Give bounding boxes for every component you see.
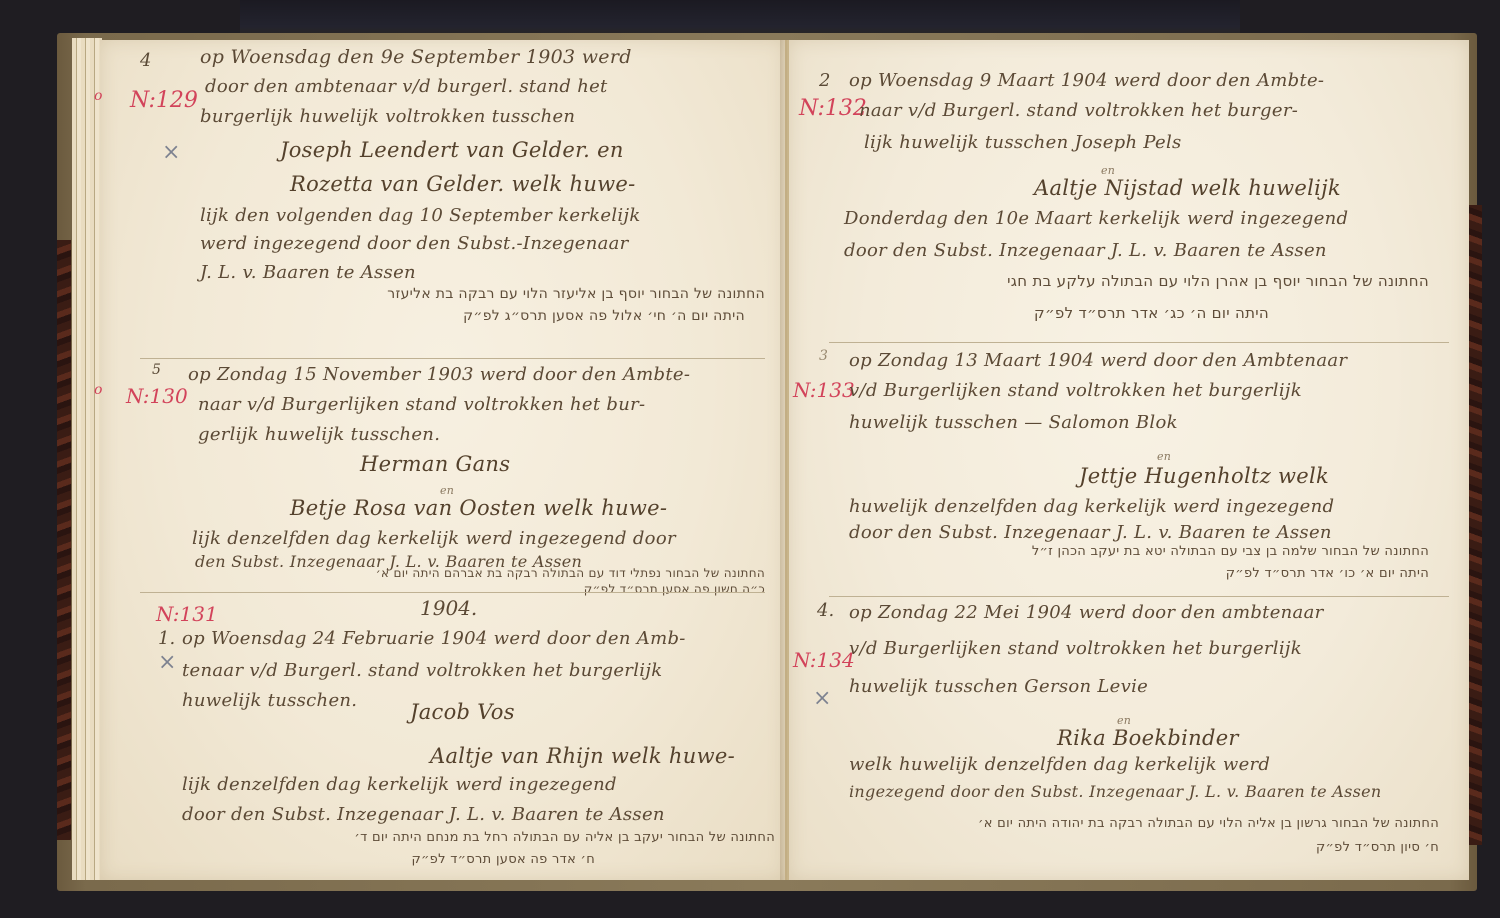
register-number: N:130 <box>126 384 188 408</box>
register-entry: 2 N:132 op Woensdag 9 Maart 1904 werd do… <box>789 40 1469 340</box>
groom-name: Jacob Vos <box>410 700 515 724</box>
bride-name: Betje Rosa van Oosten welk huwe- <box>290 496 667 520</box>
entry-divider <box>829 596 1449 597</box>
officiant-line: door den Subst. Inzegenaar J. L. v. Baar… <box>182 804 665 825</box>
register-entry: o 5 N:130 op Zondag 15 November 1903 wer… <box>100 360 785 590</box>
register-number: N:132 <box>799 96 867 121</box>
year-heading: 1904. <box>420 596 477 620</box>
register-entry: 4. N:134 × op Zondag 22 Mei 1904 werd do… <box>789 600 1469 880</box>
cross-mark: × <box>158 650 176 675</box>
entry-sequence: 1. <box>158 628 175 649</box>
entry-line: op Zondag 22 Mei 1904 werd door den ambt… <box>849 602 1324 623</box>
entry-line: werd ingezegend door den Subst.-Inzegena… <box>200 233 629 254</box>
entry-line: lijk denzelfden dag kerkelijk werd ingez… <box>182 774 617 795</box>
hebrew-line: החתונה של הבחור יעקב בן אליה עם הבתולה ר… <box>354 830 775 845</box>
hebrew-line: החתונה של הבחור גרשון בן אליה הלוי עם הב… <box>978 816 1439 831</box>
conjunction: en <box>1157 450 1171 463</box>
hebrew-line: היתה יום א׳ כו׳ אדר תרס״ד לפ״ק <box>1226 566 1429 581</box>
register-number: N:131 <box>156 602 218 626</box>
entry-line: v/d Burgerlijken stand voltrokken het bu… <box>849 638 1302 659</box>
hebrew-line: החתונה של הבחור יוסף בן אליעזר הלוי עם ר… <box>387 286 765 302</box>
entry-sequence: 3 <box>819 348 828 364</box>
entry-sequence: 4. <box>817 600 834 621</box>
right-page: 2 N:132 op Woensdag 9 Maart 1904 werd do… <box>787 40 1469 880</box>
entry-line: gerlijk huwelijk tusschen. <box>198 424 440 445</box>
officiant-line: door den Subst. Inzegenaar J. L. v. Baar… <box>849 522 1332 543</box>
hebrew-line: היתה יום ה׳ חי׳ אלול פה אסען תרס״ג לפ״ק <box>463 308 745 324</box>
entry-line: op Woensdag den 9e September 1903 werd <box>200 46 632 68</box>
hebrew-line: ח׳ סיון תרס״ד לפ״ק <box>1316 840 1439 855</box>
register-number: N:134 <box>793 648 855 672</box>
entry-divider <box>140 358 765 359</box>
register-number: N:129 <box>130 88 198 113</box>
register-entry: 1904. N:131 1. × op Woensdag 24 Februari… <box>100 594 785 880</box>
entry-line: huwelijk tusschen — Salomon Blok <box>849 412 1178 433</box>
bride-name: Rika Boekbinder <box>1057 726 1239 750</box>
entry-line: door den ambtenaar v/d burgerl. stand he… <box>205 76 608 97</box>
hebrew-line: ח׳ אדר פה אסען תרס״ד לפ״ק <box>411 852 595 867</box>
cross-mark: × <box>813 686 831 711</box>
entry-line: op Zondag 15 November 1903 werd door den… <box>188 364 690 385</box>
entry-line: op Woensdag 24 Februarie 1904 werd door … <box>182 628 686 649</box>
entry-sequence: 2 <box>819 70 830 91</box>
entry-line: lijk den volgenden dag 10 September kerk… <box>200 205 641 226</box>
entry-line: naar v/d Burgerl. stand voltrokken het b… <box>859 100 1298 121</box>
entry-line: lijk huwelijk tusschen Joseph Pels <box>864 132 1182 153</box>
register-number: N:133 <box>793 378 855 402</box>
register-entry: o 4 N:129 × op Woensdag den 9e September… <box>100 40 785 360</box>
cross-mark: × <box>162 140 180 165</box>
hebrew-line: החתונה של הבחור נפתלי דוד עם הבתולה רבקה… <box>376 566 765 580</box>
register-entry: 3 N:133 op Zondag 13 Maart 1904 werd doo… <box>789 344 1469 594</box>
marbled-cover-edge-right <box>1468 205 1482 845</box>
officiant-line: ingezegend door den Subst. Inzegenaar J.… <box>849 782 1382 801</box>
marbled-cover-edge-left <box>57 240 71 840</box>
groom-name: Joseph Leendert van Gelder. en <box>280 138 624 162</box>
entry-line: v/d Burgerlijken stand voltrokken het bu… <box>849 380 1302 401</box>
entry-line: huwelijk denzelfden dag kerkelijk werd i… <box>849 496 1334 517</box>
bride-name: Aaltje van Rhijn welk huwe- <box>430 744 735 768</box>
margin-mark: o <box>94 382 102 398</box>
entry-sequence: 4 <box>140 50 151 71</box>
entry-sequence: 5 <box>152 362 161 378</box>
margin-mark: o <box>94 88 102 104</box>
officiant-line: J. L. v. Baaren te Assen <box>200 262 416 283</box>
bride-name: Rozetta van Gelder. welk huwe- <box>290 172 636 196</box>
entry-line: op Zondag 13 Maart 1904 werd door den Am… <box>849 350 1347 371</box>
hebrew-line: היתה יום ה׳ כג׳ אדר תרס״ד לפ״ק <box>1034 304 1269 322</box>
entry-divider <box>829 342 1449 343</box>
bride-name: Jettje Hugenholtz welk <box>1079 464 1329 488</box>
hebrew-line: החתונה של הבחור יוסף בן אהרן הלוי עם הבת… <box>1007 272 1429 290</box>
hebrew-line: החתונה של הבחור שלמה בן צבי עם הבתולה יט… <box>1032 544 1429 559</box>
page-stack-edge <box>72 38 102 880</box>
entry-line: huwelijk tusschen Gerson Levie <box>849 676 1148 697</box>
entry-line: tenaar v/d Burgerl. stand voltrokken het… <box>182 660 662 681</box>
officiant-line: door den Subst. Inzegenaar J. L. v. Baar… <box>844 240 1327 261</box>
groom-name: Herman Gans <box>360 452 510 476</box>
entry-line: Donderdag den 10e Maart kerkelijk werd i… <box>844 208 1348 229</box>
entry-line: welk huwelijk denzelfden dag kerkelijk w… <box>849 754 1270 775</box>
left-page: o 4 N:129 × op Woensdag den 9e September… <box>100 40 787 880</box>
entry-divider <box>140 592 765 593</box>
entry-line: op Woensdag 9 Maart 1904 werd door den A… <box>849 70 1324 91</box>
entry-line: burgerlijk huwelijk voltrokken tusschen <box>200 106 575 127</box>
entry-line: naar v/d Burgerlijken stand voltrokken h… <box>198 394 645 415</box>
entry-line: huwelijk tusschen. <box>182 690 357 711</box>
entry-line: lijk denzelfden dag kerkelijk werd ingez… <box>192 528 676 549</box>
bride-name: Aaltje Nijstad welk huwelijk <box>1034 176 1341 200</box>
